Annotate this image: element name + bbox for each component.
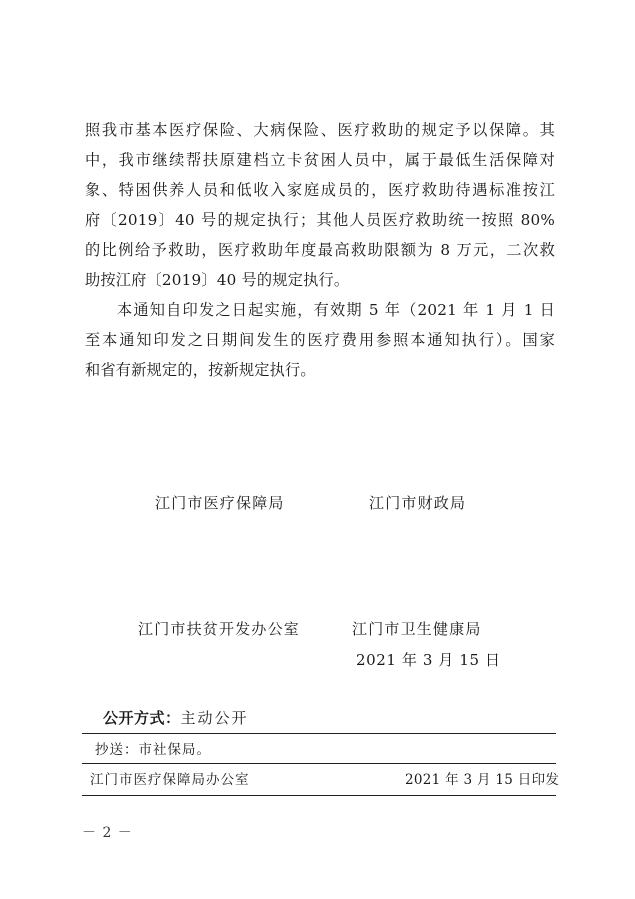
signature-date: 2021 年 3 月 15 日 <box>356 650 501 670</box>
paragraph-line: 的比例给予救助，医疗救助年度最高救助限额为 8 万元，二次救 <box>85 240 555 260</box>
paragraph-line: 府〔2019〕40 号的规定执行；其他人员医疗救助统一按照 80% <box>85 210 555 230</box>
paragraph-line: 本通知自印发之日起实施，有效期 5 年（2021 年 1 月 1 日 <box>117 300 555 320</box>
signer-poverty-alleviation-office: 江门市扶贫开发办公室 <box>138 619 300 639</box>
publicity-row: 公开方式：主动公开 <box>103 709 249 727</box>
paragraph-line: 象、特困供养人员和低收入家庭成员的，医疗救助待遇标准按江 <box>85 180 555 200</box>
signer-finance-bureau: 江门市财政局 <box>369 493 466 513</box>
publicity-value: 主动公开 <box>181 709 249 727</box>
paragraph-line: 中，我市继续帮扶原建档立卡贫困人员中，属于最低生活保障对 <box>85 150 555 170</box>
paragraph-line: 至本通知印发之日期间发生的医疗费用参照本通知执行）。国家 <box>85 330 555 350</box>
publicity-label: 公开方式： <box>103 709 181 727</box>
issuer-office: 江门市医疗保障局办公室 <box>90 771 250 789</box>
paragraph-line: 照我市基本医疗保险、大病保险、医疗救助的规定予以保障。其 <box>85 120 555 140</box>
signer-health-bureau: 江门市卫生健康局 <box>352 619 482 639</box>
issue-date: 2021 年 3 月 15 日印发 <box>405 771 559 789</box>
paragraph-line: 助按江府〔2019〕40 号的规定执行。 <box>85 270 555 290</box>
signer-medical-security-bureau: 江门市医疗保障局 <box>155 493 285 513</box>
divider-line <box>82 763 556 764</box>
divider-line <box>82 795 556 796</box>
cc-line: 抄送：市社保局。 <box>95 741 211 759</box>
paragraph-line: 和省有新规定的，按新规定执行。 <box>85 360 555 380</box>
page-number: － 2 － <box>82 824 133 842</box>
divider-line <box>82 733 556 734</box>
